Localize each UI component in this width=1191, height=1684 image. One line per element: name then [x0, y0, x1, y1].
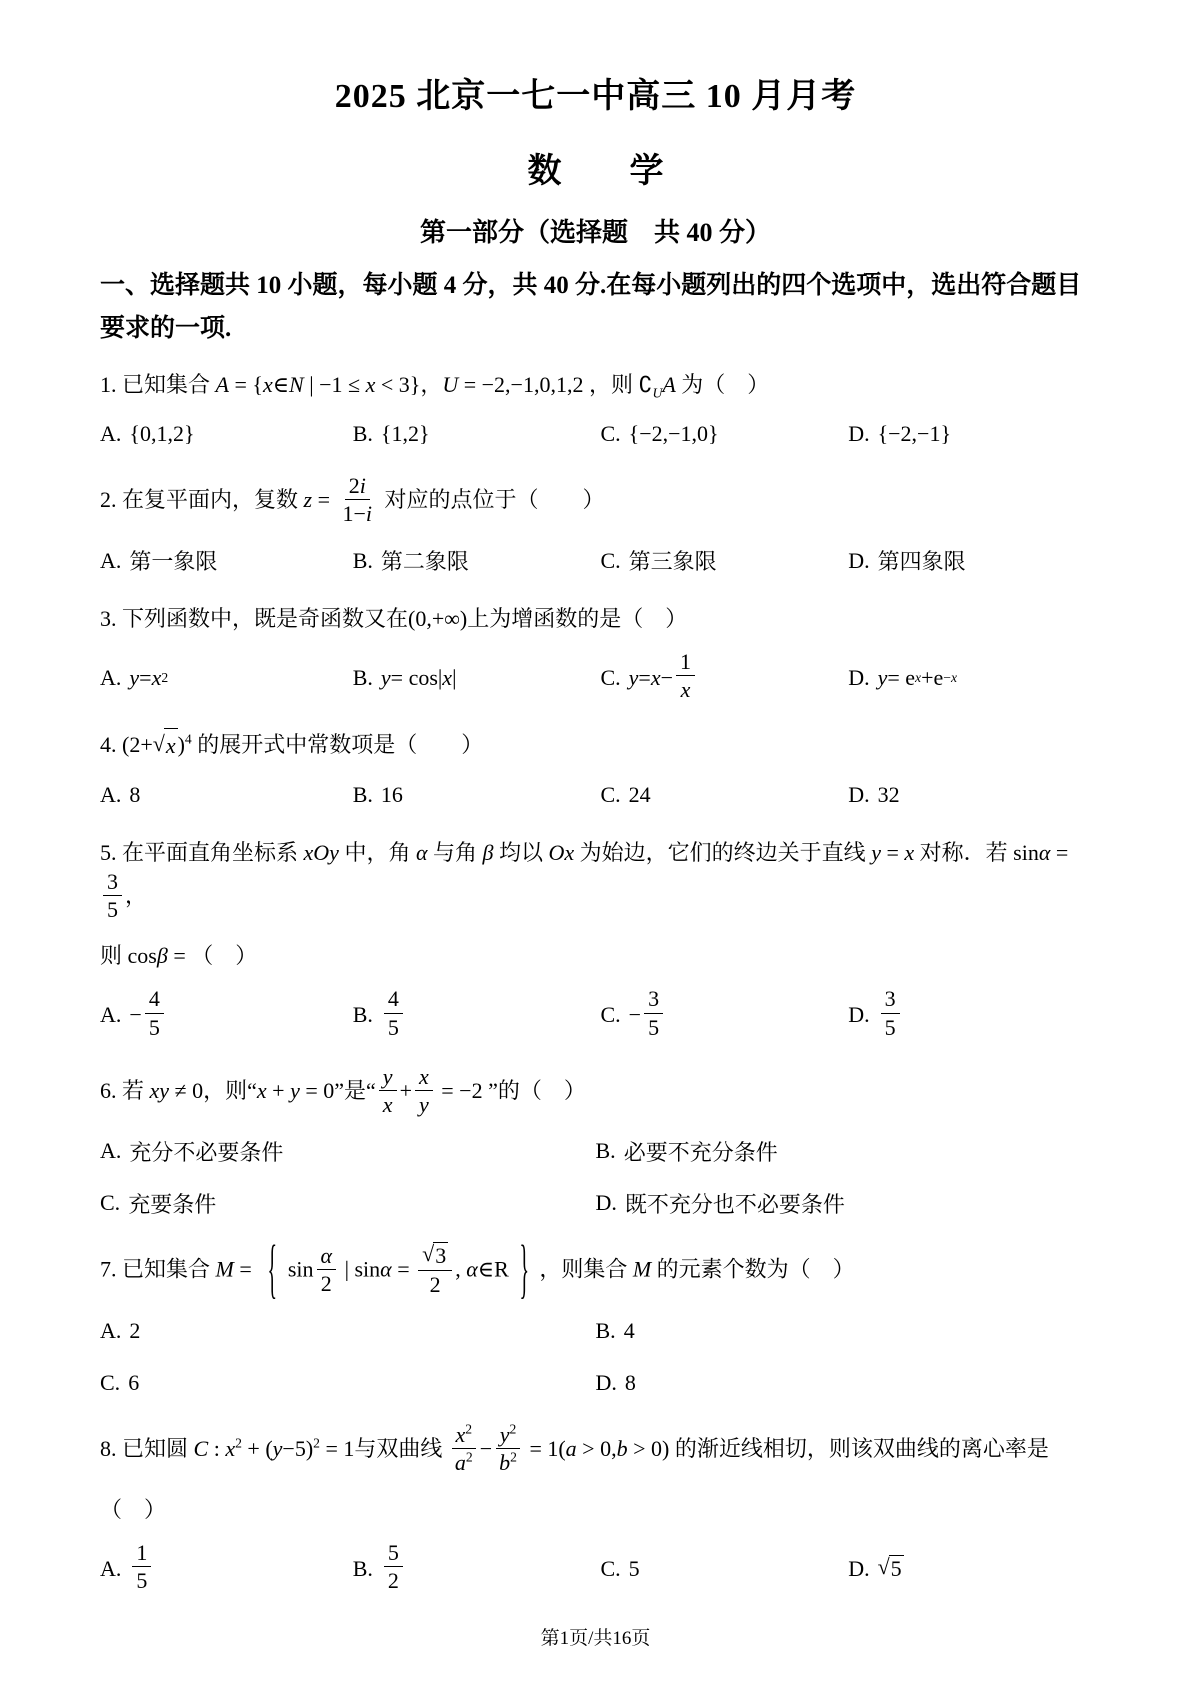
question-5-option-B: B.45	[353, 988, 601, 1042]
question-5-option-C: C.−35	[600, 988, 848, 1042]
radical-sign: √	[878, 1554, 890, 1580]
part1-heading: 第一部分（选择题 共 40 分）	[100, 212, 1091, 249]
question-3-option-B: B.y = cos|x|	[353, 651, 601, 705]
question-5-options: A.−45B.45C.−35D.35	[100, 988, 1091, 1042]
option-label: D.	[848, 421, 869, 447]
question-4-option-B: B.16	[353, 778, 601, 812]
option-label: A.	[100, 1318, 121, 1344]
fraction: yx	[379, 1064, 397, 1118]
question-2: 2. 在复平面内，复数 z = 2i1−i 对应的点位于（ ）A.第一象限B.第…	[100, 475, 1091, 578]
fraction: α2	[317, 1243, 337, 1297]
fraction: √32	[418, 1242, 452, 1297]
question-6-option-B: B.必要不充分条件	[596, 1134, 1092, 1168]
option-label: A.	[100, 548, 121, 574]
question-8-stem-line2: （ ）	[100, 1493, 1091, 1527]
question-7-option-D: D.8	[596, 1366, 1092, 1400]
option-label: D.	[848, 1002, 869, 1028]
option-label: C.	[600, 1002, 620, 1028]
square-root: √5	[878, 1555, 904, 1582]
question-6-option-D: D.既不充分也不必要条件	[596, 1186, 1092, 1220]
exam-title: 2025 北京一七一中高三 10 月月考	[100, 68, 1091, 117]
exam-subject: 数 学	[100, 143, 1091, 192]
fraction: y2b2	[495, 1422, 521, 1476]
question-6-option-C: C.充要条件	[100, 1186, 596, 1220]
question-4: 4. (2+√x)4 的展开式中常数项是（ ）A.8B.16C.24D.32	[100, 728, 1091, 812]
question-6: 6. 若 xy ≠ 0，则“x + y = 0”是“yx+xy = −2 ”的（…	[100, 1066, 1091, 1221]
question-1-option-D: D.{−2,−1}	[848, 417, 1091, 451]
exam-page: 2025 北京一七一中高三 10 月月考 数 学 第一部分（选择题 共 40 分…	[0, 0, 1191, 1684]
option-label: C.	[100, 1370, 120, 1396]
option-label: C.	[600, 548, 620, 574]
fraction: 35	[881, 986, 900, 1040]
question-3-option-C: C.y = x − 1x	[600, 651, 848, 705]
option-label: C.	[600, 782, 620, 808]
fraction: x2a2	[451, 1422, 477, 1476]
option-label: B.	[353, 548, 373, 574]
fraction: 1x	[676, 649, 695, 703]
option-label: C.	[600, 665, 620, 691]
questions-container: 1. 已知集合 A = {x∈N | −1 ≤ x < 3}，U = −2,−1…	[100, 368, 1091, 1595]
radical-sign: √	[422, 1241, 434, 1266]
question-4-option-C: C.24	[600, 778, 848, 812]
option-label: B.	[596, 1318, 616, 1344]
radical-sign: √	[153, 727, 165, 761]
option-label: A.	[100, 421, 121, 447]
option-label: A.	[100, 782, 121, 808]
question-7-stem: 7. 已知集合 M = {sinα2 | sinα = √32, α∈R}，则集…	[100, 1244, 1091, 1299]
option-label: A.	[100, 1138, 121, 1164]
square-root: √3	[422, 1242, 448, 1268]
question-2-option-A: A.第一象限	[100, 544, 353, 578]
question-3-option-D: D.y = ex+e−x	[848, 651, 1091, 705]
option-label: A.	[100, 665, 121, 691]
square-root: √x	[153, 728, 178, 763]
question-4-option-A: A.8	[100, 778, 353, 812]
question-3-stem: 3. 下列函数中，既是奇函数又在(0,+∞)上为增函数的是（ ）	[100, 602, 1091, 636]
question-7-option-B: B.4	[596, 1314, 1092, 1348]
question-1: 1. 已知集合 A = {x∈N | −1 ≤ x < 3}，U = −2,−1…	[100, 368, 1091, 451]
big-brace: {	[268, 1218, 278, 1320]
question-5: 5. 在平面直角坐标系 xOy 中，角 α 与角 β 均以 Ox 为始边，它们的…	[100, 836, 1091, 1041]
question-2-options: A.第一象限B.第二象限C.第三象限D.第四象限	[100, 544, 1091, 578]
option-label: D.	[848, 548, 869, 574]
fraction: 35	[103, 869, 122, 923]
question-3: 3. 下列函数中，既是奇函数又在(0,+∞)上为增函数的是（ ）A.y = x2…	[100, 602, 1091, 705]
option-label: B.	[353, 1556, 373, 1582]
question-5-option-A: A.−45	[100, 988, 353, 1042]
question-8-stem: 8. 已知圆 C : x2 + (y−5)2 = 1与双曲线 x2a2−y2b2…	[100, 1424, 1091, 1478]
question-5-stem: 5. 在平面直角坐标系 xOy 中，角 α 与角 β 均以 Ox 为始边，它们的…	[100, 836, 1091, 924]
question-1-options: A.{0,1,2}B.{1,2}C.{−2,−1,0}D.{−2,−1}	[100, 417, 1091, 451]
question-8: 8. 已知圆 C : x2 + (y−5)2 = 1与双曲线 x2a2−y2b2…	[100, 1424, 1091, 1595]
question-8-options: A.15B.52C.5D.√5	[100, 1542, 1091, 1596]
option-label: D.	[596, 1190, 617, 1216]
section1-instruction: 一、选择题共 10 小题，每小题 4 分，共 40 分.在每小题列出的四个选项中…	[100, 265, 1091, 350]
question-2-option-D: D.第四象限	[848, 544, 1091, 578]
question-8-option-D: D.√5	[848, 1542, 1091, 1596]
option-label: C.	[100, 1190, 120, 1216]
option-label: A.	[100, 1556, 121, 1582]
option-label: B.	[353, 665, 373, 691]
question-2-option-C: C.第三象限	[600, 544, 848, 578]
option-label: A.	[100, 1002, 121, 1028]
option-label: D.	[848, 782, 869, 808]
fraction: 2i1−i	[339, 473, 377, 527]
page-footer: 第1页/共16页	[0, 1623, 1191, 1650]
big-brace: }	[519, 1218, 529, 1320]
question-4-options: A.8B.16C.24D.32	[100, 778, 1091, 812]
question-6-options: A.充分不必要条件B.必要不充分条件C.充要条件D.既不充分也不必要条件	[100, 1134, 1091, 1220]
question-3-options: A.y = x2B.y = cos|x|C.y = x − 1xD.y = ex…	[100, 651, 1091, 705]
question-7-options: A.2B.4C.6D.8	[100, 1314, 1091, 1400]
question-2-stem: 2. 在复平面内，复数 z = 2i1−i 对应的点位于（ ）	[100, 475, 1091, 529]
question-8-option-C: C.5	[600, 1542, 848, 1596]
fraction: 35	[644, 986, 663, 1040]
question-4-stem: 4. (2+√x)4 的展开式中常数项是（ ）	[100, 728, 1091, 763]
option-label: C.	[600, 421, 620, 447]
question-5-option-D: D.35	[848, 988, 1091, 1042]
question-1-option-A: A.{0,1,2}	[100, 417, 353, 451]
option-label: D.	[848, 665, 869, 691]
fraction: 45	[384, 986, 403, 1040]
fraction: 15	[132, 1540, 151, 1594]
option-label: B.	[353, 782, 373, 808]
question-6-stem: 6. 若 xy ≠ 0，则“x + y = 0”是“yx+xy = −2 ”的（…	[100, 1066, 1091, 1120]
option-label: D.	[848, 1556, 869, 1582]
option-label: B.	[353, 421, 373, 447]
fraction: xy	[415, 1064, 433, 1118]
question-5-stem-line2: 则 cosβ = （ ）	[100, 939, 1091, 973]
question-6-option-A: A.充分不必要条件	[100, 1134, 596, 1168]
option-label: D.	[596, 1370, 617, 1396]
fraction: 45	[145, 986, 164, 1040]
question-7-option-C: C.6	[100, 1366, 596, 1400]
question-4-option-D: D.32	[848, 778, 1091, 812]
question-8-option-A: A.15	[100, 1542, 353, 1596]
option-label: C.	[600, 1556, 620, 1582]
fraction: 52	[384, 1540, 403, 1594]
question-8-option-B: B.52	[353, 1542, 601, 1596]
question-1-option-B: B.{1,2}	[353, 417, 601, 451]
question-7: 7. 已知集合 M = {sinα2 | sinα = √32, α∈R}，则集…	[100, 1244, 1091, 1400]
question-1-stem: 1. 已知集合 A = {x∈N | −1 ≤ x < 3}，U = −2,−1…	[100, 368, 1091, 402]
question-3-option-A: A.y = x2	[100, 651, 353, 705]
question-1-option-C: C.{−2,−1,0}	[600, 417, 848, 451]
option-label: B.	[596, 1138, 616, 1164]
question-2-option-B: B.第二象限	[353, 544, 601, 578]
option-label: B.	[353, 1002, 373, 1028]
